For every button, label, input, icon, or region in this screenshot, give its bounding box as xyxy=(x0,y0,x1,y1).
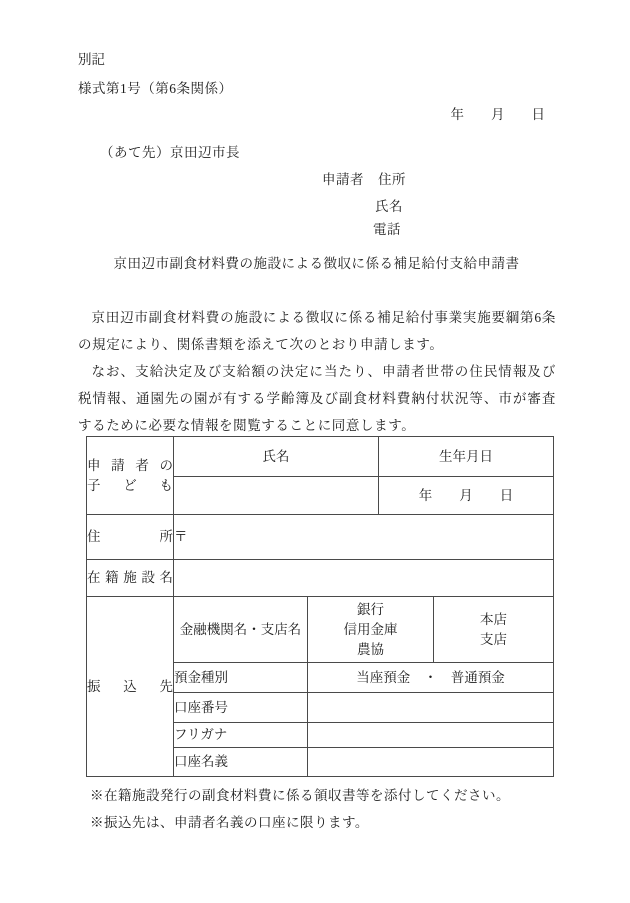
address-input-cell: 〒 xyxy=(174,515,554,560)
body-paragraph-2: なお、支給決定及び支給額の決定に当たり、申請者世帯の住民情報及び税情報、通園先の… xyxy=(78,358,556,439)
facility-label: 在籍施設名 xyxy=(87,568,173,588)
bank-type-cell: 銀行 信用金庫 農協 xyxy=(308,597,434,663)
form-number: 様式第1号（第6条関係） xyxy=(78,79,233,99)
document-title: 京田辺市副食材料費の施設による徴収に係る補足給付支給申請書 xyxy=(78,254,555,274)
bank-type-shinkin: 信用金庫 xyxy=(308,620,433,640)
date-line: 年 月 日 xyxy=(78,105,555,125)
applicant-name-label: 氏名 xyxy=(375,197,403,217)
account-name-label-cell: 口座名義 xyxy=(174,748,308,777)
postal-mark: 〒 xyxy=(174,529,188,544)
branch-type-honten: 本店 xyxy=(434,610,553,630)
form-table: 申請者の 子ども 氏名 生年月日 年 月 日 住所 〒 在 xyxy=(86,436,554,777)
child-birth-header: 生年月日 xyxy=(379,437,554,477)
facility-label-cell: 在籍施設名 xyxy=(87,560,174,597)
address-label-cell: 住所 xyxy=(87,515,174,560)
child-birth-input-cell: 年 月 日 xyxy=(379,477,554,515)
bank-type-nokyo: 農協 xyxy=(308,640,433,660)
child-name-input-cell xyxy=(174,477,379,515)
branch-type-cell: 本店 支店 xyxy=(434,597,554,663)
child-label-line1: 申請者の xyxy=(87,456,173,476)
account-number-label-cell: 口座番号 xyxy=(174,693,308,723)
transfer-label-cell: 振込先 xyxy=(87,597,174,777)
attachment-label: 別記 xyxy=(78,50,105,70)
account-name-input-cell xyxy=(308,748,554,777)
transfer-label: 振込先 xyxy=(87,677,173,697)
footnote-account: ※振込先は、申請者名義の口座に限ります。 xyxy=(90,813,560,833)
body-paragraph-1: 京田辺市副食材料費の施設による徴収に係る補足給付事業実施要綱第6条の規定により、… xyxy=(78,304,556,358)
bank-type-bank: 銀行 xyxy=(308,600,433,620)
child-row-label-cell: 申請者の 子ども xyxy=(87,437,174,515)
document-page: 別記 様式第1号（第6条関係） 年 月 日 （あて先）京田辺市長 申請者 住所 … xyxy=(0,0,630,903)
application-table: 申請者の 子ども 氏名 生年月日 年 月 日 住所 〒 在 xyxy=(86,436,554,777)
address-label: 住所 xyxy=(87,527,173,547)
addressee: （あて先）京田辺市長 xyxy=(100,143,240,163)
bank-name-label-cell: 金融機関名・支店名 xyxy=(174,597,308,663)
facility-input-cell xyxy=(174,560,554,597)
furigana-input-cell xyxy=(308,723,554,748)
applicant-address-label: 申請者 住所 xyxy=(322,170,406,190)
furigana-label-cell: フリガナ xyxy=(174,723,308,748)
child-label-line2: 子ども xyxy=(87,476,173,496)
deposit-type-label-cell: 預金種別 xyxy=(174,663,308,693)
footnote-receipt: ※在籍施設発行の副食材料費に係る領収書等を添付してください。 xyxy=(90,786,560,806)
branch-type-shiten: 支店 xyxy=(434,630,553,650)
child-name-header: 氏名 xyxy=(174,437,379,477)
applicant-phone-label: 電話 xyxy=(373,220,401,240)
deposit-type-options-cell: 当座預金 ・ 普通預金 xyxy=(308,663,554,693)
account-number-input-cell xyxy=(308,693,554,723)
